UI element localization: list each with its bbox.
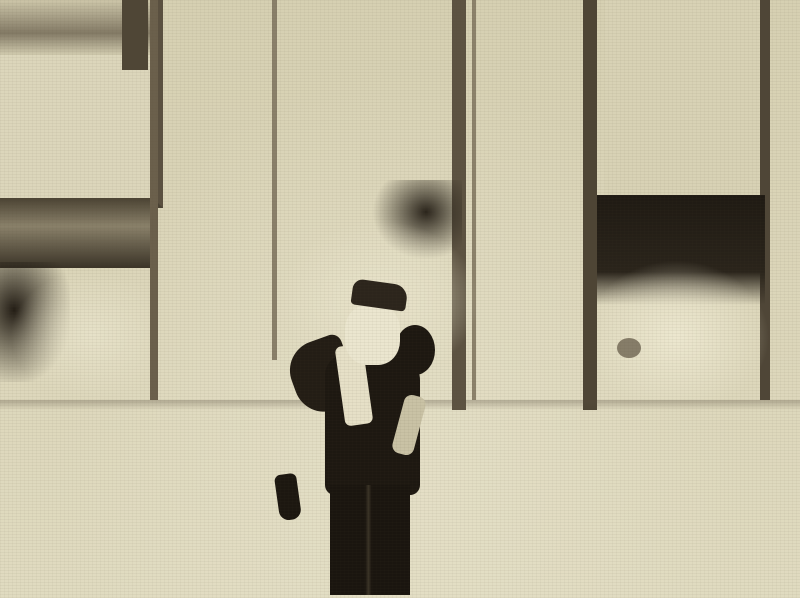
- film-grain: [0, 0, 800, 598]
- photograph: [0, 0, 800, 598]
